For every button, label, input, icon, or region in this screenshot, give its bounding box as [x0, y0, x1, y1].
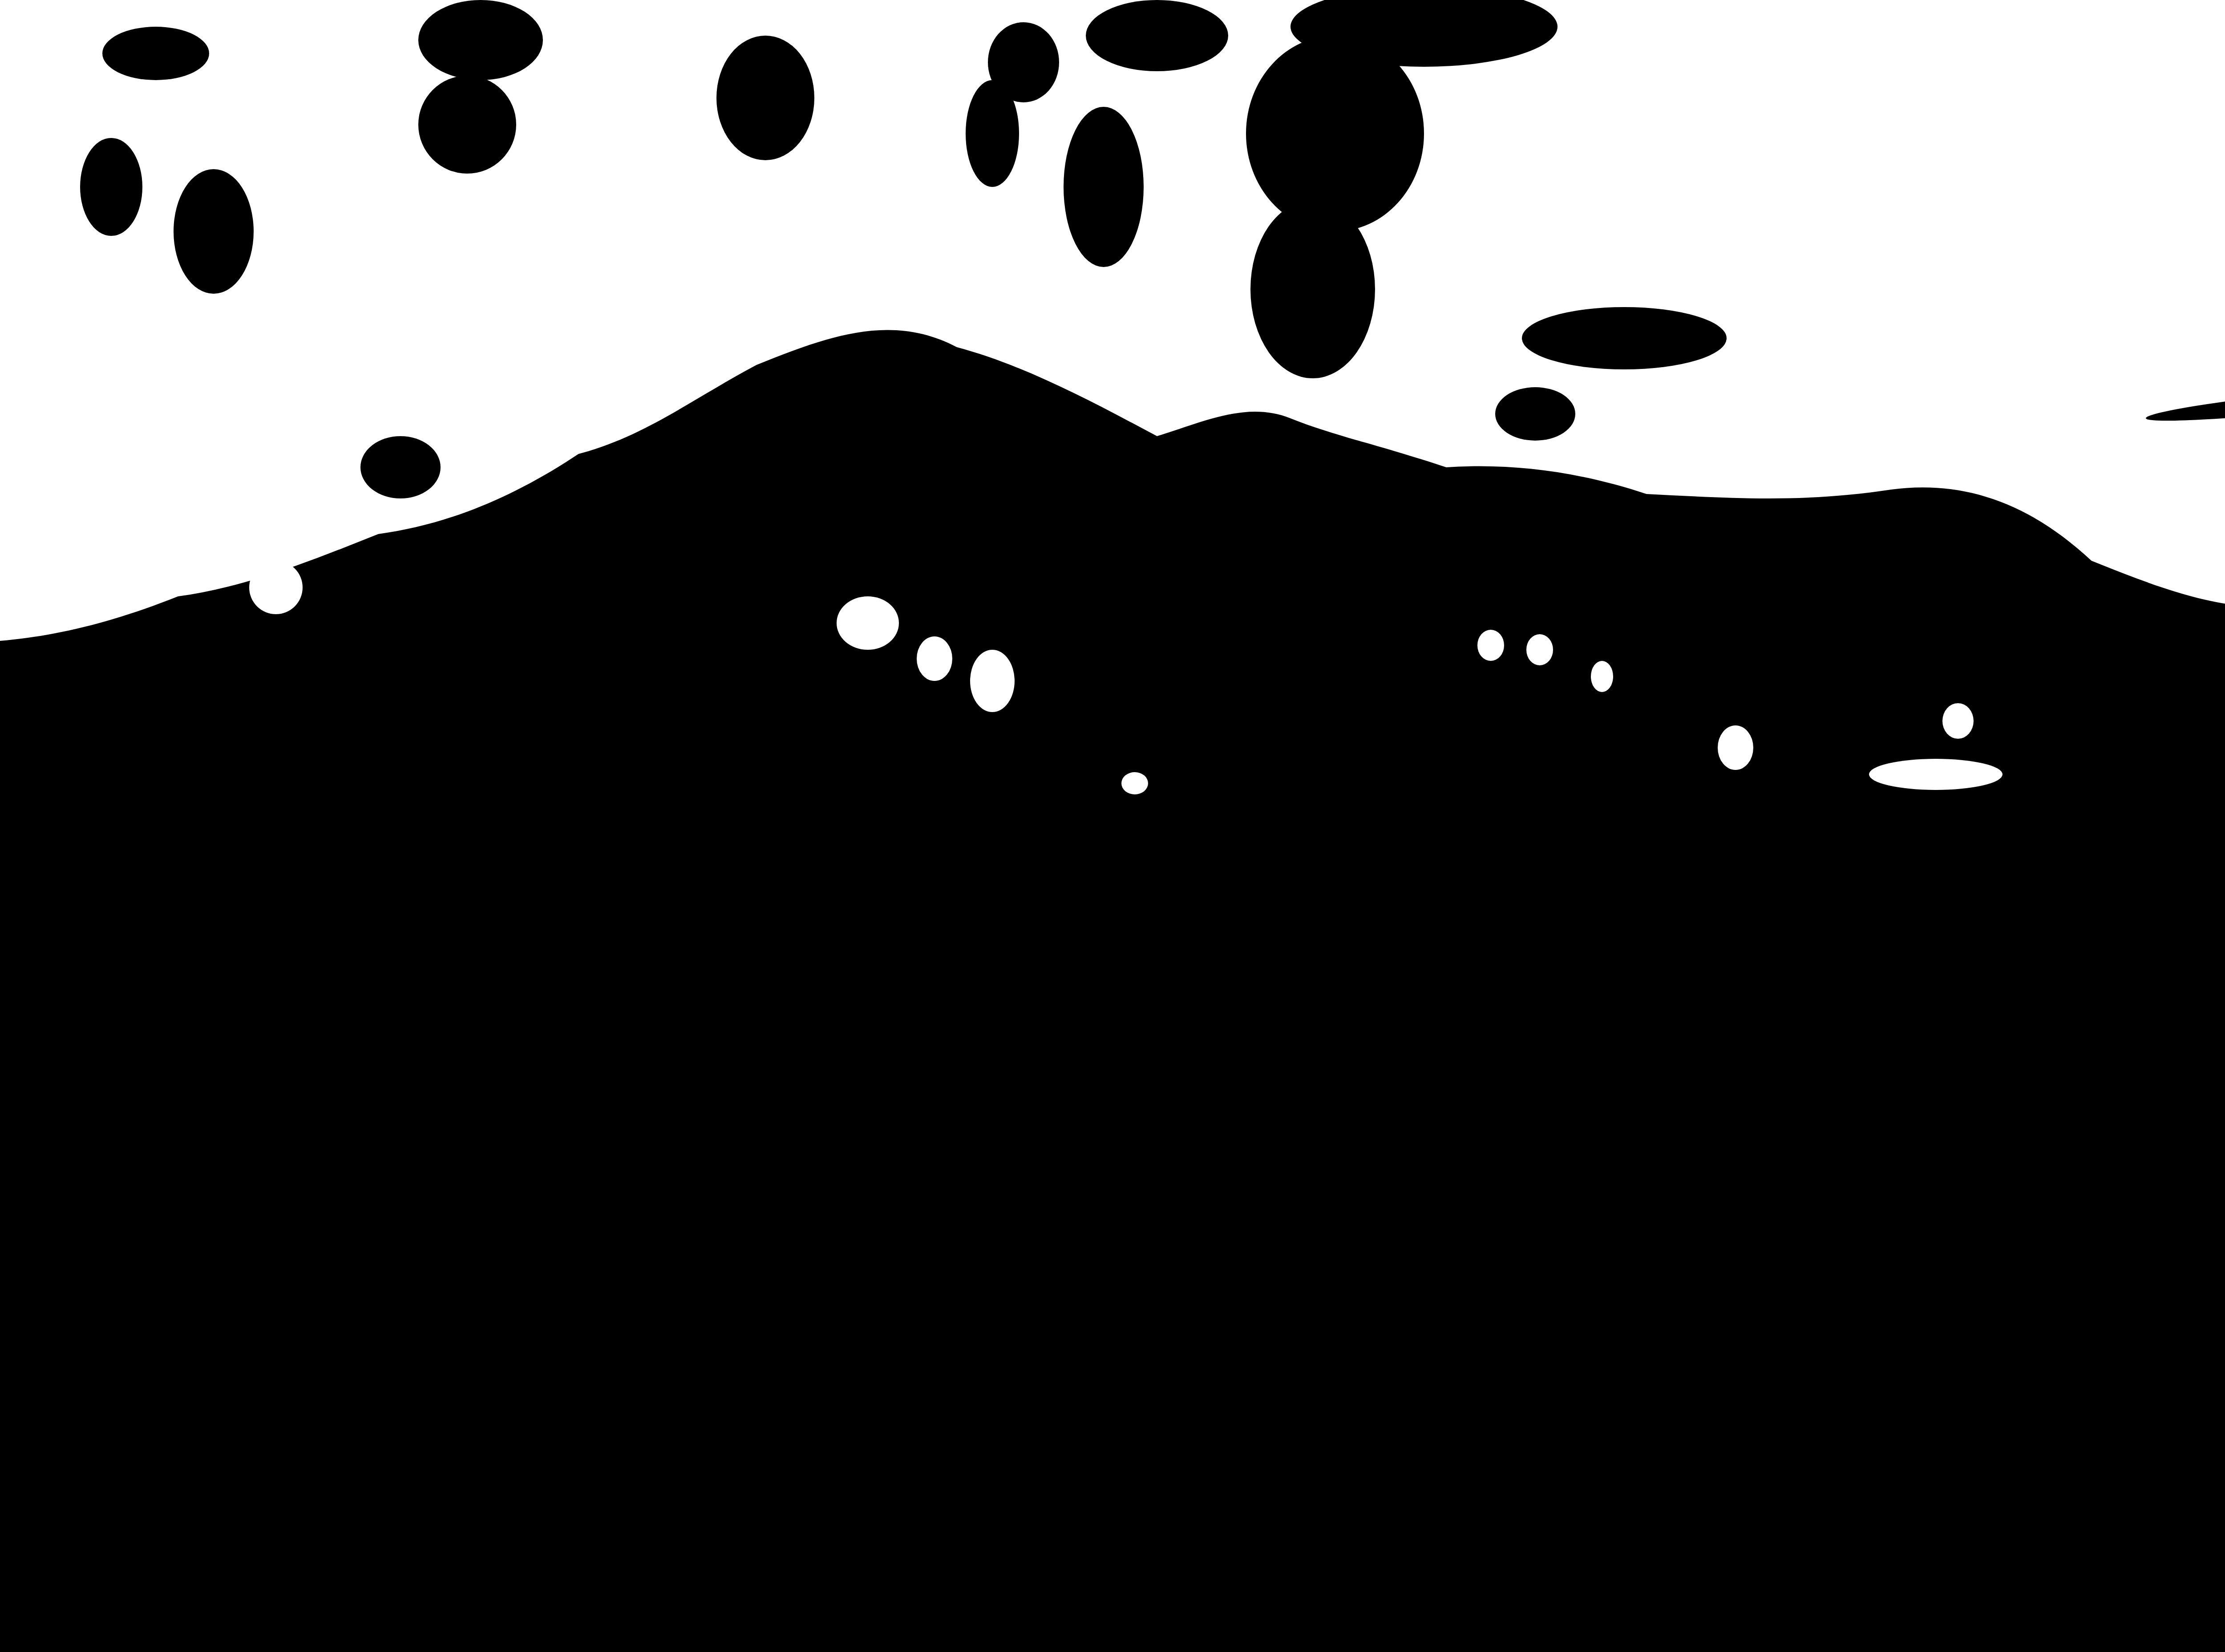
photo-scene: High-contrast black-and-white photograph…	[0, 0, 2225, 1652]
treeline-silhouette	[0, 0, 2225, 1652]
